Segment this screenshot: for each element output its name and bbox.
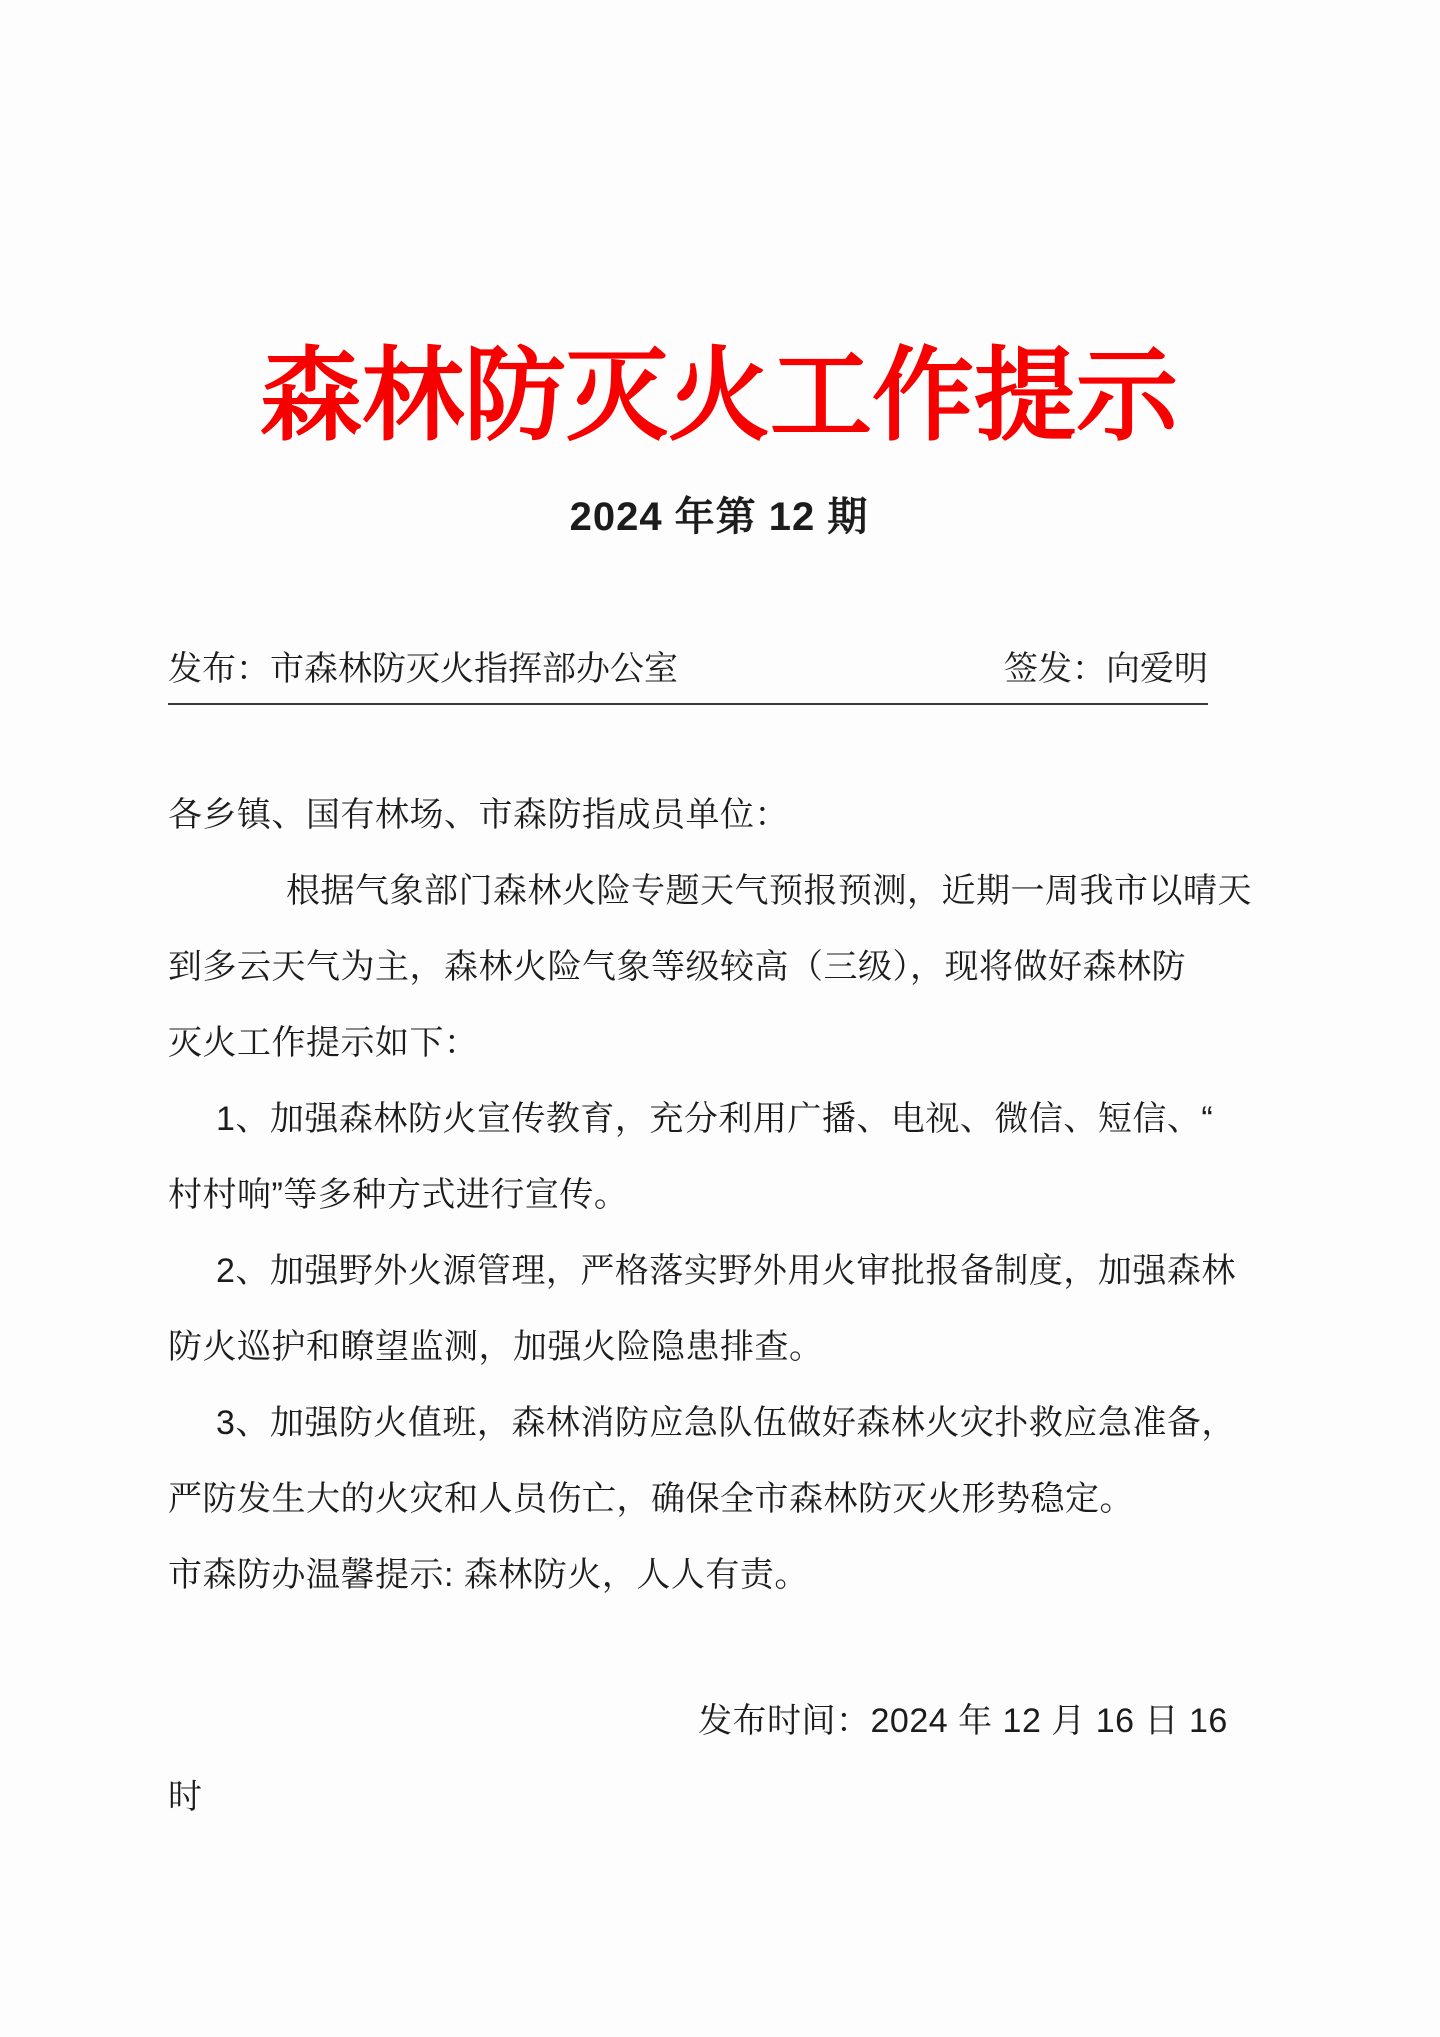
publisher: 发布：市森林防灭火指挥部办公室 — [168, 645, 678, 693]
signer-label: 签发： — [1004, 650, 1106, 688]
item-3-line-2: 严防发生大的火灾和人员伤亡，确保全市森林防灭火形势稳定。 — [168, 1461, 1270, 1537]
signer: 签发：向爱明 — [1004, 645, 1208, 693]
reminder-line: 市森防办温馨提示: 森林防火，人人有责。 — [168, 1537, 1270, 1613]
item-2-line-1: 2、加强野外火源管理，严格落实野外用火审批报备制度，加强森林 — [168, 1233, 1270, 1309]
salutation-line: 各乡镇、国有林场、市森防指成员单位： — [168, 777, 1270, 853]
signer-value: 向爱明 — [1106, 650, 1208, 688]
publisher-label: 发布： — [168, 650, 270, 688]
document-title: 森林防灭火工作提示 — [168, 338, 1270, 455]
item-2-line-2: 防火巡护和瞭望监测，加强火险隐患排查。 — [168, 1309, 1270, 1385]
item-3-line-1: 3、加强防火值班，森林消防应急队伍做好森林火灾扑救应急准备， — [168, 1385, 1270, 1461]
document-body: 各乡镇、国有林场、市森防指成员单位： 根据气象部门森林火险专题天气预报预测，近期… — [168, 777, 1270, 1613]
notice-document-page: 森林防灭火工作提示 2024 年第 12 期 发布：市森林防灭火指挥部办公室 签… — [0, 0, 1440, 2037]
intro-line-2: 到多云天气为主，森林火险气象等级较高（三级），现将做好森林防 — [168, 929, 1270, 1005]
issue-number: 2024 年第 12 期 — [168, 491, 1270, 543]
item-1-line-2: 村村响”等多种方式进行宣传。 — [168, 1157, 1270, 1233]
intro-line-3: 灭火工作提示如下： — [168, 1005, 1270, 1081]
publisher-signer-row: 发布：市森林防灭火指挥部办公室 签发：向爱明 — [168, 645, 1208, 705]
publish-time-block: 发布时间：2024 年 12 月 16 日 16 时 — [168, 1683, 1270, 1835]
item-1-line-1: 1、加强森林防火宣传教育，充分利用广播、电视、微信、短信、“ — [168, 1081, 1270, 1157]
publisher-value: 市森林防灭火指挥部办公室 — [270, 650, 678, 688]
publish-time-line: 发布时间：2024 年 12 月 16 日 16 — [168, 1683, 1270, 1759]
publish-time-wrap: 时 — [168, 1759, 1270, 1835]
intro-line-1: 根据气象部门森林火险专题天气预报预测，近期一周我市以晴天 — [168, 853, 1270, 929]
